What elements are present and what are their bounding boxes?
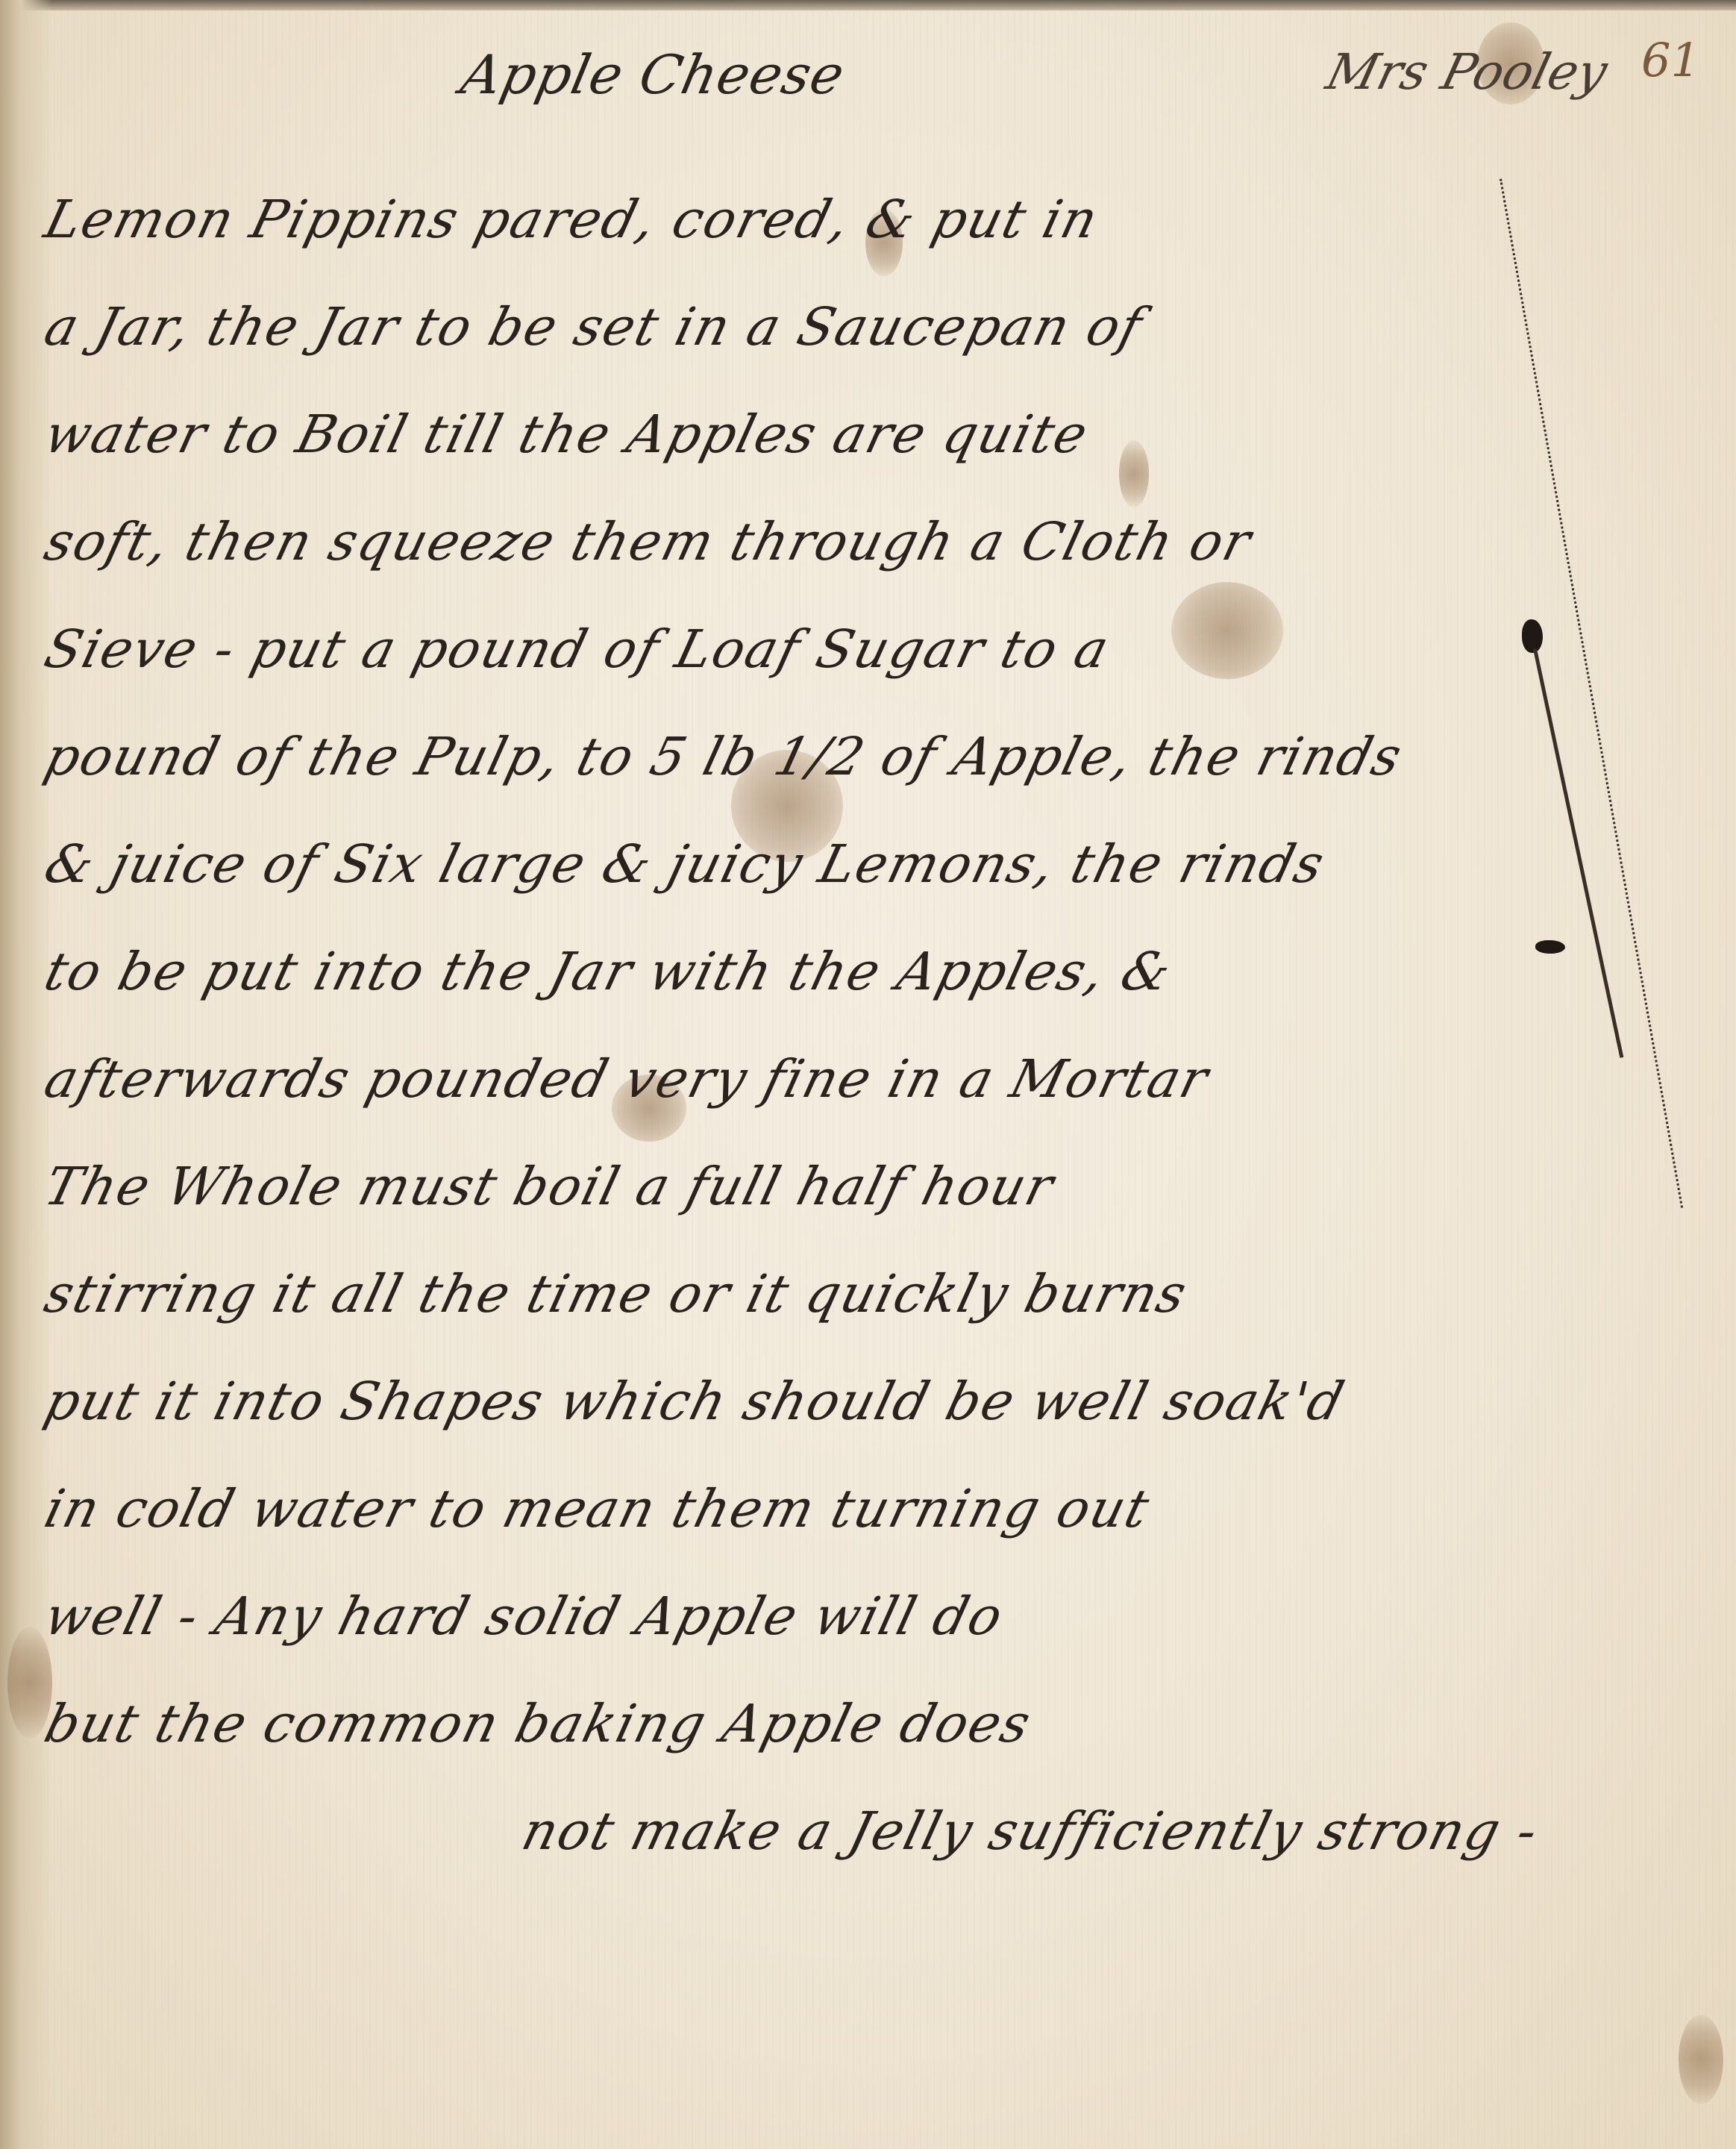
text-line: well - Any hard solid Apple will do	[33, 1563, 1716, 1670]
binding-edge-shadow	[0, 0, 52, 2149]
recipe-body: Lemon Pippins pared, cored, & put in a J…	[46, 166, 1702, 1885]
text-line: Lemon Pippins pared, cored, & put in	[33, 166, 1716, 273]
stain-spot	[1679, 2015, 1723, 2104]
text-line: afterwards pounded very fine in a Mortar	[33, 1025, 1716, 1133]
text-line: in cold water to mean them turning out	[33, 1455, 1716, 1563]
page-number: 61	[1641, 33, 1700, 87]
text-line: pound of the Pulp, to 5 lb 1/2 of Apple,…	[33, 703, 1716, 810]
manuscript-page: Apple Cheese Mrs Pooley 61 Lemon Pippins…	[0, 0, 1736, 2149]
recipe-title: Apple Cheese	[456, 43, 850, 106]
text-line: put it into Shapes which should be well …	[33, 1348, 1716, 1455]
text-line: Sieve - put a pound of Loaf Sugar to a	[33, 595, 1716, 703]
text-line: but the common baking Apple does	[33, 1670, 1716, 1777]
text-line: water to Boil till the Apples are quite	[33, 381, 1716, 488]
page-top-edge	[0, 0, 1736, 10]
text-line: to be put into the Jar with the Apples, …	[33, 918, 1716, 1025]
text-line: stirring it all the time or it quickly b…	[33, 1240, 1716, 1348]
recipe-author: Mrs Pooley	[1320, 43, 1613, 101]
text-line: The Whole must boil a full half hour	[33, 1133, 1716, 1240]
text-line: soft, then squeeze them through a Cloth …	[33, 488, 1716, 595]
text-line: not make a Jelly sufficiently strong -	[33, 1777, 1716, 1885]
text-line: & juice of Six large & juicy Lemons, the…	[33, 810, 1716, 918]
text-line: a Jar, the Jar to be set in a Saucepan o…	[33, 273, 1716, 381]
